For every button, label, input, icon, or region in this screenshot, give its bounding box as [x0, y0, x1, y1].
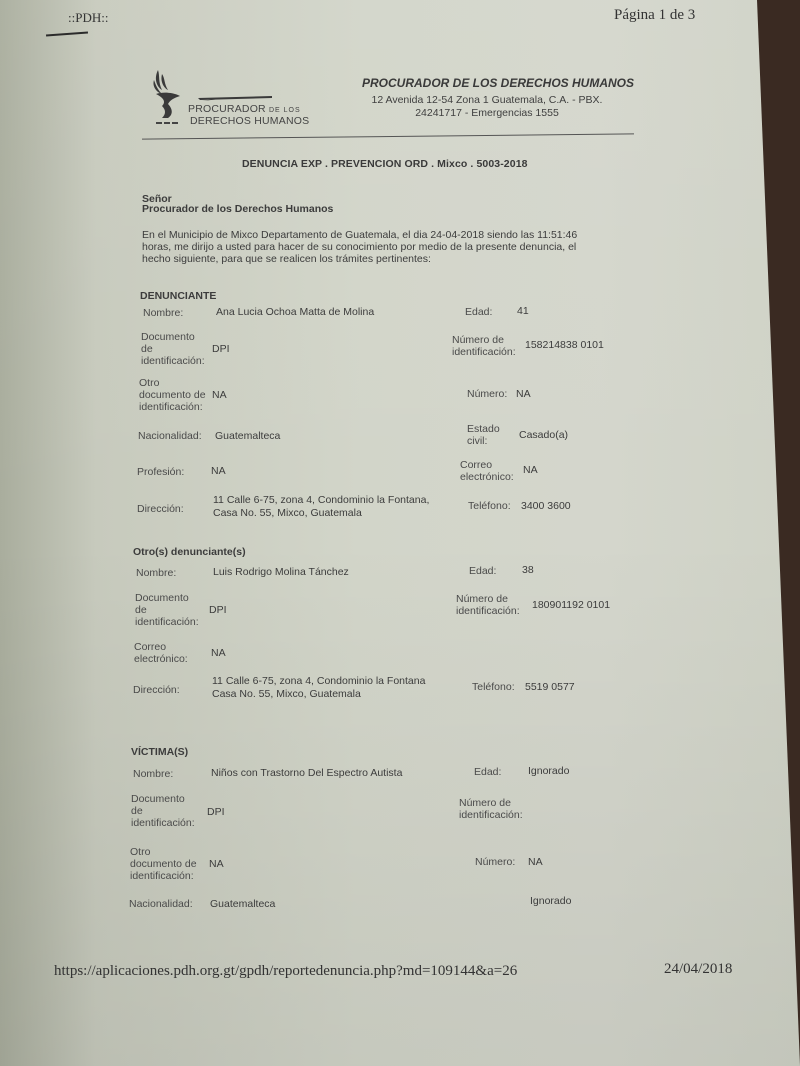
label-documento: Documento de identificación: [131, 793, 195, 829]
address-line: Casa No. 55, Mixco, Guatemala [212, 688, 425, 701]
value-numero-id: 158214838 0101 [525, 339, 604, 351]
label-numero: Número: [475, 856, 515, 868]
value-numero: NA [528, 856, 543, 868]
value-estado-civil: Casado(a) [519, 429, 568, 441]
org-address: 12 Avenida 12-54 Zona 1 Guatemala, C.A. … [362, 94, 612, 120]
logo-text-line1: PROCURADOR DE LOS [188, 103, 301, 115]
label-telefono: Teléfono: [468, 500, 511, 512]
label-line: identificación: [130, 870, 197, 882]
section-heading-otros-denunciantes: Otro(s) denunciante(s) [133, 546, 246, 558]
intro-paragraph: En el Municipio de Mixco Departamento de… [142, 229, 577, 265]
label-line: identificación: [456, 605, 520, 617]
label-line: identificación: [131, 817, 195, 829]
label-estado-civil: Estado civil: [467, 423, 500, 447]
logo-word-de-los: DE LOS [269, 107, 301, 114]
intro-line: hecho siguiente, para que se realicen lo… [142, 253, 577, 265]
value-edad: 38 [522, 564, 534, 576]
value-nombre: Luis Rodrigo Molina Tánchez [213, 566, 349, 578]
value-direccion: 11 Calle 6-75, zona 4, Condominio la Fon… [212, 675, 425, 701]
label-line: electrónico: [460, 471, 514, 483]
label-telefono: Teléfono: [472, 681, 515, 693]
label-nacionalidad: Nacionalidad: [129, 898, 193, 910]
label-otro-documento: Otro documento de identificación: [130, 846, 197, 882]
label-line: Estado [467, 423, 500, 435]
label-documento: Documento de identificación: [135, 592, 199, 628]
value-documento: DPI [207, 806, 225, 818]
value-nombre: Ana Lucia Ochoa Matta de Molina [216, 306, 374, 318]
label-numero: Número: [467, 388, 507, 400]
value-profesion: NA [211, 465, 226, 477]
label-line: Documento [135, 592, 199, 604]
intro-line: horas, me dirijo a usted para hacer de s… [142, 241, 577, 253]
label-line: identificación: [459, 809, 523, 821]
logo-text-line2: DERECHOS HUMANOS [190, 115, 309, 127]
value-direccion: 11 Calle 6-75, zona 4, Condominio la Fon… [213, 494, 429, 520]
value-correo: NA [523, 464, 538, 476]
label-line: Documento [131, 793, 195, 805]
value-nombre: Niños con Trastorno Del Espectro Autista [211, 767, 402, 779]
label-line: identificación: [139, 401, 206, 413]
label-numero-id: Número de identificación: [459, 797, 523, 821]
label-nacionalidad: Nacionalidad: [138, 430, 202, 442]
value-documento: DPI [209, 604, 227, 616]
intro-line: En el Municipio de Mixco Departamento de… [142, 229, 577, 241]
address-line: Casa No. 55, Mixco, Guatemala [213, 507, 429, 520]
section-heading-victimas: VÍCTIMA(S) [131, 746, 188, 758]
value-telefono: 3400 3600 [521, 500, 571, 512]
value-telefono: 5519 0577 [525, 681, 575, 693]
value-extra-ignorado: Ignorado [530, 895, 571, 907]
label-line: Correo [134, 641, 188, 653]
label-numero-id: Número de identificación: [452, 334, 516, 358]
label-line: de [141, 343, 205, 355]
logo-word-procurador: PROCURADOR [188, 103, 266, 115]
site-mark: ::PDH:: [68, 10, 108, 26]
label-line: identificación: [141, 355, 205, 367]
address-line: 12 Avenida 12-54 Zona 1 Guatemala, C.A. … [362, 94, 612, 107]
label-direccion: Dirección: [137, 503, 184, 515]
label-profesion: Profesión: [137, 466, 184, 478]
label-line: documento de [139, 389, 206, 401]
label-line: Número de [452, 334, 516, 346]
label-nombre: Nombre: [133, 768, 173, 780]
label-line: Otro [130, 846, 197, 858]
label-edad: Edad: [474, 766, 501, 778]
label-line: Documento [141, 331, 205, 343]
label-line: documento de [130, 858, 197, 870]
label-line: electrónico: [134, 653, 188, 665]
label-line: civil: [467, 435, 500, 447]
label-documento: Documento de identificación: [141, 331, 205, 367]
address-line: 24241717 - Emergencias 1555 [362, 107, 612, 120]
value-otro-documento: NA [212, 389, 227, 401]
org-name: PROCURADOR DE LOS DERECHOS HUMANOS [362, 76, 634, 90]
label-line: de [135, 604, 199, 616]
label-line: de [131, 805, 195, 817]
value-numero-id: 180901192 0101 [532, 599, 610, 611]
address-line: 11 Calle 6-75, zona 4, Condominio la Fon… [213, 494, 429, 507]
value-nacionalidad: Guatemalteca [215, 430, 280, 442]
value-edad: Ignorado [528, 765, 569, 777]
page-indicator: Página 1 de 3 [614, 7, 695, 24]
value-otro-documento: NA [209, 858, 224, 870]
footer-url: https://aplicaciones.pdh.org.gt/gpdh/rep… [54, 963, 517, 980]
label-otro-documento: Otro documento de identificación: [139, 377, 206, 413]
value-correo: NA [211, 647, 226, 659]
value-numero: NA [516, 388, 531, 400]
value-documento: DPI [212, 343, 230, 355]
label-line: identificación: [135, 616, 199, 628]
label-line: Otro [139, 377, 206, 389]
label-line: identificación: [452, 346, 516, 358]
value-nacionalidad: Guatemalteca [210, 898, 275, 910]
label-correo: Correo electrónico: [460, 459, 514, 483]
label-line: Número de [456, 593, 520, 605]
section-heading-denunciante: DENUNCIANTE [140, 290, 216, 302]
label-correo: Correo electrónico: [134, 641, 188, 665]
addressee: Procurador de los Derechos Humanos [142, 203, 333, 215]
label-line: Número de [459, 797, 523, 809]
document-title: DENUNCIA EXP . PREVENCION ORD . Mixco . … [242, 158, 528, 170]
label-edad: Edad: [469, 565, 496, 577]
label-numero-id: Número de identificación: [456, 593, 520, 617]
label-line: Correo [460, 459, 514, 471]
label-nombre: Nombre: [136, 567, 176, 579]
footer-date: 24/04/2018 [664, 961, 732, 978]
label-edad: Edad: [465, 306, 492, 318]
value-edad: 41 [517, 305, 529, 317]
label-direccion: Dirección: [133, 684, 180, 696]
label-nombre: Nombre: [143, 307, 183, 319]
address-line: 11 Calle 6-75, zona 4, Condominio la Fon… [212, 675, 425, 688]
